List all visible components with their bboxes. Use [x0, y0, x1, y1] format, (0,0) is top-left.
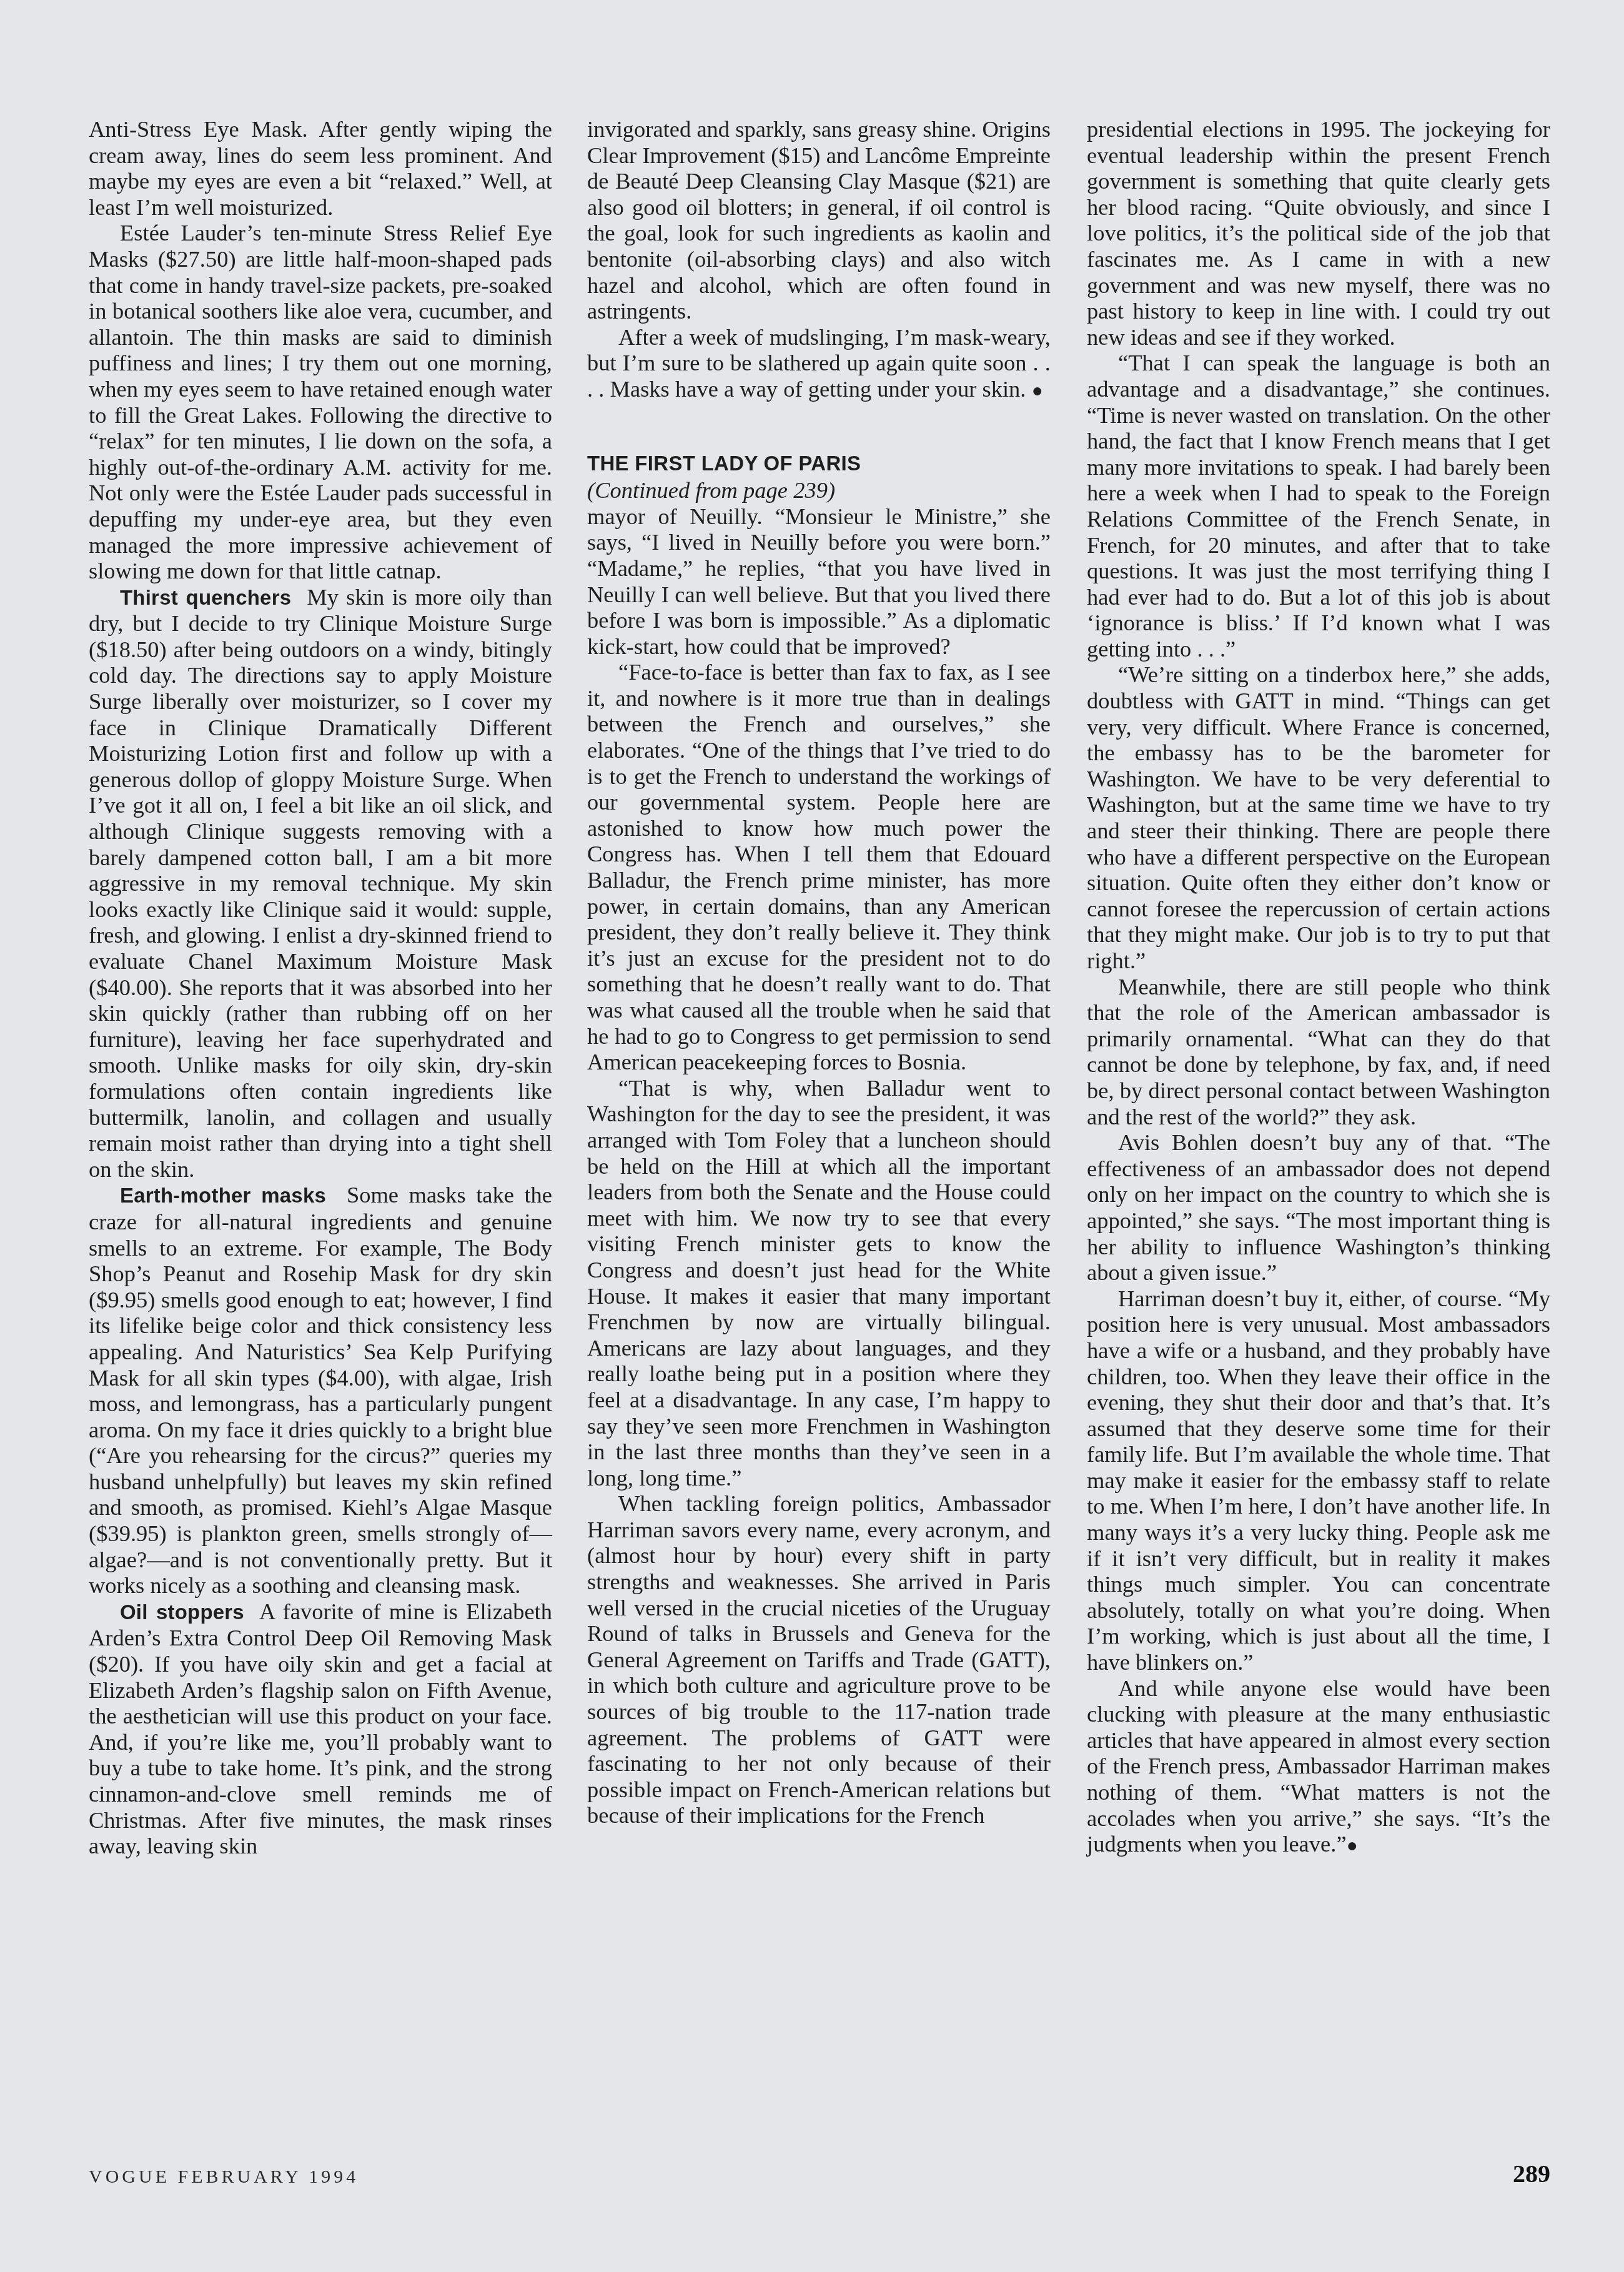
paragraph: “We’re sitting on a tinderbox here,” she…	[1087, 662, 1550, 973]
page-number: 289	[1513, 2159, 1550, 2188]
section-text: A favorite of mine is Elizabeth Arden’s …	[89, 1599, 552, 1858]
paragraph: presidential elections in 1995. The jock…	[1087, 116, 1550, 350]
paragraph: “Face-to-face is better than fax to fax,…	[587, 659, 1051, 1075]
paragraph: Anti-Stress Eye Mask. After gently wipin…	[89, 116, 552, 220]
paragraph: Harriman doesn’t buy it, either, of cour…	[1087, 1286, 1550, 1675]
article-headline: THE FIRST LADY OF PARIS	[587, 450, 1051, 477]
paragraph: And while anyone else would have been cl…	[1087, 1675, 1550, 1859]
paragraph: When tackling foreign politics, Ambassad…	[587, 1491, 1051, 1828]
paragraph: mayor of Neuilly. “Monsieur le Ministre,…	[587, 504, 1051, 660]
section-text: My skin is more oily than dry, but I dec…	[89, 584, 552, 1182]
paragraph-text: After a week of mudslinging, I’m mask-we…	[587, 324, 1051, 402]
section-oil-stoppers: Oil stoppers A favorite of mine is Eliza…	[89, 1599, 552, 1859]
paragraph: Avis Bohlen doesn’t buy any of that. “Th…	[1087, 1129, 1550, 1286]
paragraph-text: And while anyone else would have been cl…	[1087, 1675, 1550, 1857]
column-2: invigorated and sparkly, sans greasy shi…	[587, 116, 1051, 1828]
section-thirst-quenchers: Thirst quenchers My skin is more oily th…	[89, 584, 552, 1183]
paragraph: Estée Lauder’s ten-minute Stress Relief …	[89, 220, 552, 583]
section-text: Some masks take the craze for all-natura…	[89, 1182, 552, 1598]
paragraph: “That I can speak the language is both a…	[1087, 350, 1550, 662]
column-1: Anti-Stress Eye Mask. After gently wipin…	[89, 116, 552, 1859]
publication-footer: VOGUE FEBRUARY 1994	[89, 2166, 359, 2188]
run-in-heading: Oil stoppers	[120, 1600, 244, 1624]
continued-from-note: (Continued from page 239)	[587, 477, 1051, 504]
end-mark-icon: ●	[1032, 380, 1043, 401]
paragraph: “That is why, when Balladur went to Wash…	[587, 1075, 1051, 1491]
section-earth-mother-masks: Earth-mother masks Some masks take the c…	[89, 1182, 552, 1599]
column-3: presidential elections in 1995. The jock…	[1087, 116, 1550, 1859]
paragraph: invigorated and sparkly, sans greasy shi…	[587, 116, 1051, 324]
paragraph: Meanwhile, there are still people who th…	[1087, 974, 1550, 1130]
run-in-heading: Earth-mother masks	[120, 1184, 326, 1207]
end-mark-icon: ●	[1347, 1835, 1358, 1856]
run-in-heading: Thirst quenchers	[120, 586, 291, 609]
paragraph: After a week of mudslinging, I’m mask-we…	[587, 324, 1051, 404]
